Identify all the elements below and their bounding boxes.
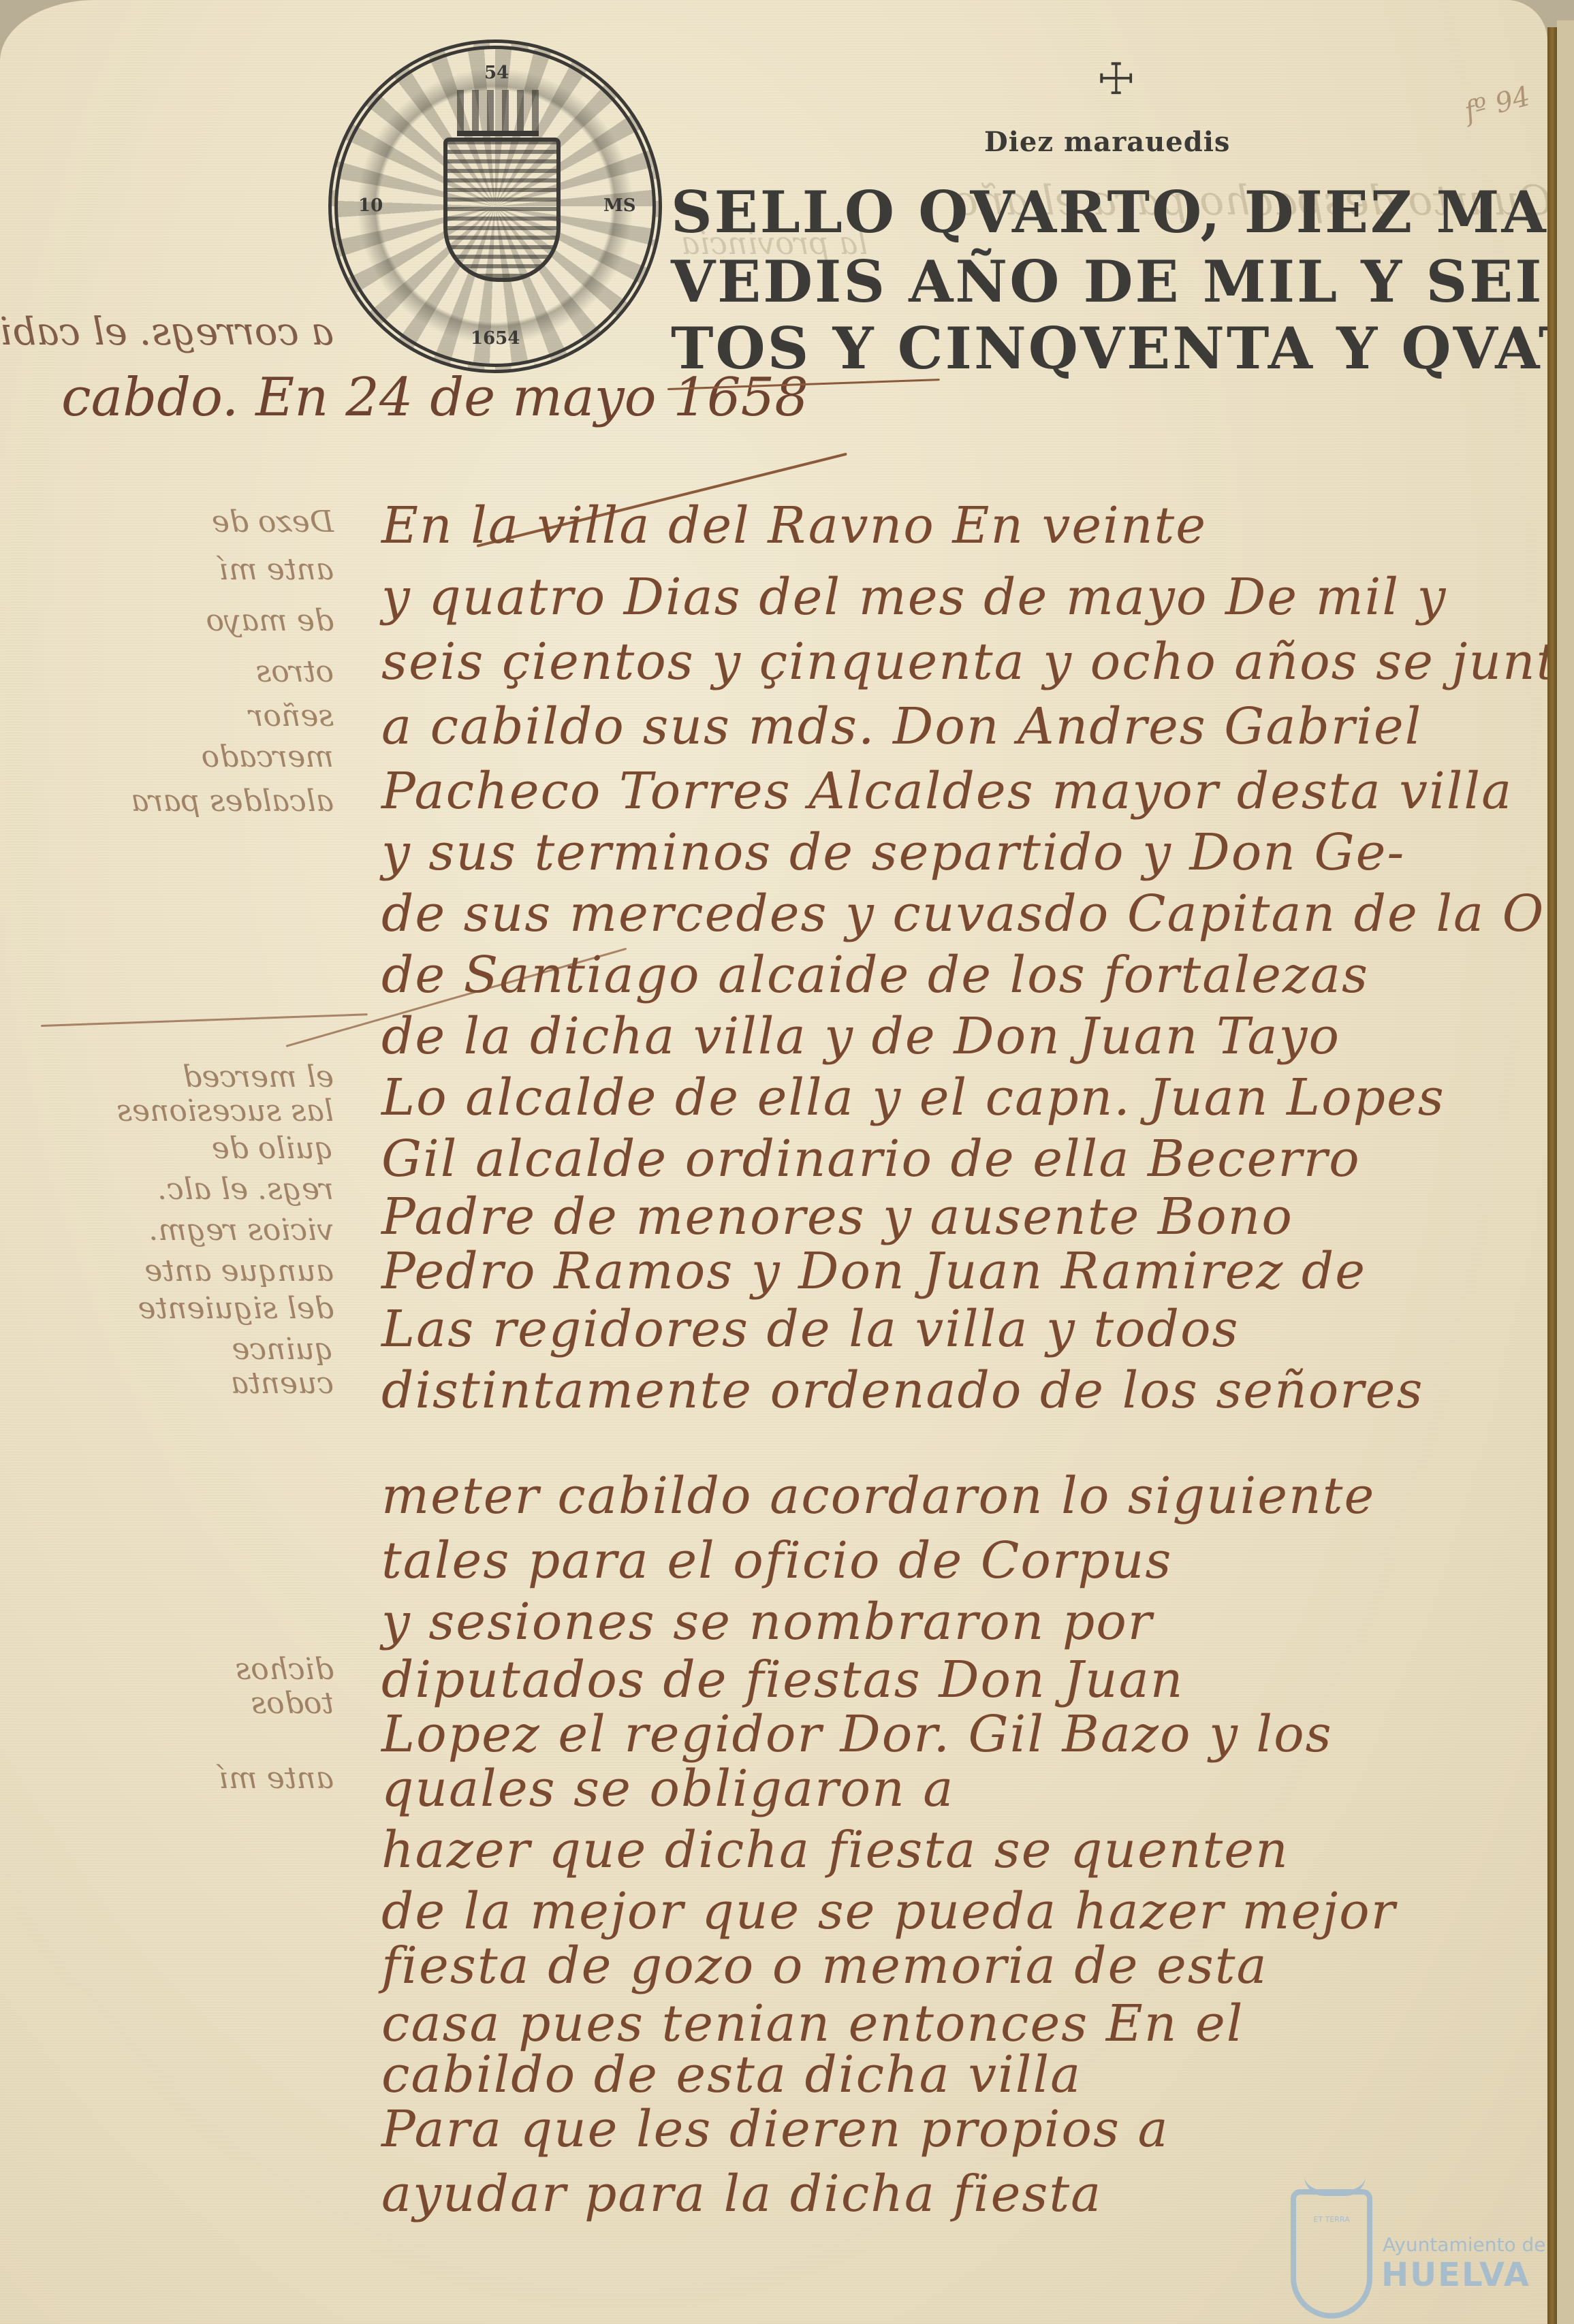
body-line: Gil alcalde ordinario de ella Becerro bbox=[381, 1134, 1361, 1184]
stamp-text-line-1: SELLO QVARTO, DIEZ MARA- bbox=[671, 184, 1547, 241]
margin-bleedthrough: del siguiente bbox=[138, 1294, 334, 1324]
body-line: distintamente ordenado de los señores bbox=[381, 1365, 1423, 1416]
body-line: cabildo de esta dicha villa bbox=[381, 2050, 1082, 2100]
watermark-line-2: HUELVA bbox=[1381, 2256, 1530, 2294]
body-line: quales se obligaron a bbox=[381, 1764, 954, 1814]
body-line: Para que les dieren propios a bbox=[381, 2104, 1169, 2154]
margin-bleedthrough: Dezo de bbox=[212, 507, 334, 537]
margin-bleedthrough: de mayo bbox=[206, 606, 334, 636]
margin-bleedthrough: las sucesiones bbox=[116, 1096, 334, 1126]
body-line: de sus mercedes y cuvasdo Capitan de la … bbox=[381, 889, 1547, 939]
margin-bleedthrough: regs. el alc. bbox=[157, 1175, 334, 1205]
body-line: Pacheco Torres Alcaldes mayor desta vill… bbox=[381, 766, 1513, 816]
heading-date-line: cabdo. En 24 de mayo 1658 bbox=[61, 371, 808, 424]
royal-seal-stamp: 54 10 MS 1654 bbox=[328, 39, 662, 373]
margin-bleedthrough: señor bbox=[249, 701, 334, 731]
margin-bleedthrough: otros bbox=[256, 657, 334, 687]
margin-bleedthrough: todos bbox=[251, 1689, 334, 1719]
body-line: seis çientos y çinquenta y ocho años se … bbox=[381, 637, 1547, 687]
margin-bleedthrough: mercado bbox=[202, 742, 334, 772]
archive-watermark: ET TERRA Ayuntamiento de HUELVA bbox=[1291, 2182, 1547, 2319]
body-line: ayudar para la dicha fiesta bbox=[381, 2169, 1102, 2219]
body-line: Padre de menores y ausente Bono bbox=[381, 1192, 1293, 1242]
body-line: casa pues tenian entonces En el bbox=[381, 1999, 1244, 2049]
body-line: de la mejor que se pueda hazer mejor bbox=[381, 1886, 1396, 1937]
body-line: y quatro Dias del mes de mayo De mil y bbox=[381, 572, 1447, 622]
body-line: de la dicha villa y de Don Juan Tayo bbox=[381, 1011, 1340, 1062]
crown-icon bbox=[457, 90, 539, 136]
date-text: En 24 de mayo 1658 bbox=[255, 367, 808, 428]
folio-number: fº 94 bbox=[1462, 80, 1534, 128]
body-line: Las regidores de la villa y todos bbox=[381, 1304, 1240, 1354]
margin-bleedthrough: el merced bbox=[183, 1062, 334, 1092]
body-line: fiesta de gozo o memoria de esta bbox=[381, 1941, 1268, 1991]
margin-bleedthrough: aunque ante bbox=[144, 1256, 334, 1286]
margin-bleedthrough: cuenta bbox=[231, 1369, 334, 1399]
margin-bleedthrough: a corregs. el cabildo bbox=[0, 313, 334, 351]
body-line: diputados de fiestas Don Juan bbox=[381, 1655, 1184, 1705]
body-line: de Santiago alcaide de los fortalezas bbox=[381, 950, 1369, 1000]
margin-bleedthrough: quince bbox=[232, 1335, 334, 1365]
margin-note-cabildo: cabdo. bbox=[61, 367, 238, 428]
manuscript-page: Quarto despacho para el año la provincia… bbox=[0, 0, 1547, 2324]
crown-icon bbox=[1304, 2167, 1366, 2196]
margin-bleedthrough: quilo de bbox=[212, 1134, 334, 1164]
crest-motto: ET TERRA bbox=[1296, 2215, 1367, 2224]
margin-bleedthrough: alcaldes para bbox=[131, 786, 334, 816]
huelva-crest-icon: ET TERRA bbox=[1291, 2189, 1372, 2319]
stamp-text-line-2: VEDIS AÑO DE MIL Y SEISCIEN- bbox=[671, 253, 1547, 311]
body-line: hazer que dicha fiesta se quenten bbox=[381, 1825, 1289, 1875]
adjacent-leaf-edge bbox=[1557, 20, 1574, 2324]
seal-year: 1654 bbox=[471, 328, 520, 349]
margin-bleedthrough: dichos bbox=[236, 1655, 334, 1685]
denomination-label: Diez marauedis bbox=[984, 126, 1230, 158]
coat-of-arms-icon bbox=[443, 138, 561, 282]
seal-number-left: 10 bbox=[358, 195, 383, 216]
body-line: a cabildo sus mds. Don Andres Gabriel bbox=[381, 701, 1422, 752]
body-line: Lopez el regidor Dor. Gil Bazo y los bbox=[381, 1709, 1333, 1760]
watermark-line-1: Ayuntamiento de bbox=[1383, 2233, 1546, 2256]
margin-bleedthrough: ante mí bbox=[219, 1764, 334, 1794]
seal-number-right: MS bbox=[603, 195, 636, 216]
margin-bleedthrough: vicios regm. bbox=[148, 1215, 334, 1245]
margin-bleedthrough: ante mí bbox=[219, 555, 334, 585]
body-line: y sesiones se nombraron por bbox=[381, 1597, 1153, 1647]
body-line: En la villa del Ravno En veinte bbox=[381, 500, 1207, 551]
cross-icon: ☩ bbox=[1097, 54, 1135, 105]
seal-number-top: 54 bbox=[484, 63, 509, 83]
pen-flourish bbox=[41, 1013, 368, 1027]
body-line: meter cabildo acordaron lo siguiente bbox=[381, 1471, 1375, 1521]
body-line: Pedro Ramos y Don Juan Ramirez de bbox=[381, 1246, 1366, 1296]
body-line: Lo alcalde de ella y el capn. Juan Lopes bbox=[381, 1072, 1445, 1123]
binding-edge bbox=[1547, 27, 1557, 2324]
body-line: y sus terminos de separtido y Don Ge- bbox=[381, 827, 1405, 878]
body-line: tales para el oficio de Corpus bbox=[381, 1535, 1172, 1586]
